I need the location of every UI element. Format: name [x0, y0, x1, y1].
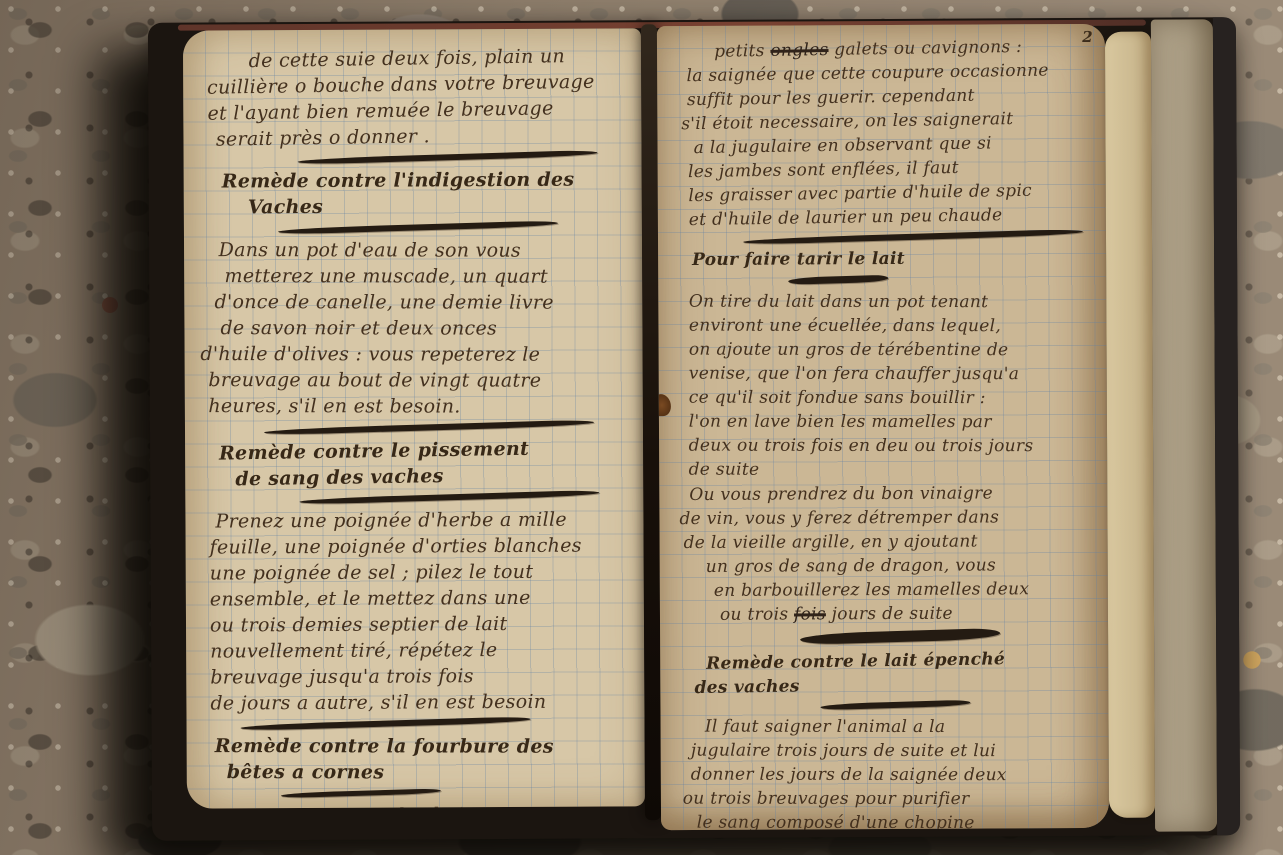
recipe-heading-line: Vaches	[248, 192, 630, 220]
paragraph-indigestion-remedy: Dans un pot d'eau de son vous metterez u…	[208, 237, 630, 420]
manuscript-line: Dans un pot d'eau de son vous	[219, 237, 631, 264]
manuscript-line: metterez une muscade, un quart	[225, 263, 631, 290]
text-segment: petits	[714, 41, 771, 62]
manuscript-line: on ajoute un gros de térébentine de	[689, 338, 1099, 363]
recipe-heading-line: Remède contre l'indigestion des	[222, 166, 630, 194]
manuscript-line: feuille, une poignée d'orties blanches	[210, 532, 632, 560]
recipe-heading-indigestion: Remède contre l'indigestion des Vaches	[208, 166, 630, 220]
ink-flourish	[299, 490, 599, 505]
manuscript-line: Il faut saigner l'animal a la	[705, 715, 1101, 740]
recipe-heading-line: Remède contre la fourbure des	[215, 733, 633, 760]
manuscript-line: ou trois demies septier de lait	[210, 610, 632, 638]
torn-page-edges	[1105, 32, 1155, 818]
inner-cover-strip	[1151, 19, 1217, 831]
recipe-heading-line: de sang des vaches	[235, 460, 631, 492]
text-segment: ou trois	[720, 604, 794, 624]
manuscript-line: ensemble, et le mettez dans une	[210, 584, 632, 612]
recipe-heading-line: Pour faire tarir le lait	[692, 246, 1098, 272]
manuscript-line: jugulaire trois jours de suite et lui	[691, 739, 1101, 764]
right-page: 2 petits ongles galets ou cavignons : la…	[657, 24, 1109, 830]
ink-flourish	[820, 700, 970, 710]
manuscript-line: ce qu'il soit fondue sans bouillir :	[689, 386, 1099, 411]
manuscript-line: venise, que l'on fera chauffer jusqu'a	[689, 362, 1099, 387]
manuscript-line: Prenez une poignée d'herbe a mille	[215, 506, 631, 534]
open-notebook: de cette suie deux fois, plain un cuilli…	[148, 17, 1240, 841]
struck-word: ongles	[770, 40, 828, 61]
struck-word: fois	[794, 604, 826, 624]
back-cover-edge	[1213, 17, 1240, 835]
gravel-ground: de cette suie deux fois, plain un cuilli…	[0, 0, 1283, 855]
manuscript-line: le sang composé d'une chopine	[697, 811, 1101, 831]
ink-flourish	[281, 788, 441, 798]
paragraph-vinaigre-remedy: Ou vous prendrez du bon vinaigre de vin,…	[689, 481, 1100, 627]
ink-stain	[657, 394, 671, 416]
text-segment: jours de suite	[826, 604, 953, 625]
ink-flourish	[264, 419, 594, 435]
manuscript-line: On tire du lait dans un pot tenant	[689, 290, 1099, 315]
ink-flourish	[241, 716, 531, 731]
paragraph-saignee: petits ongles galets ou cavignons : la s…	[686, 34, 1099, 232]
manuscript-line: nouvellement tiré, répétez le	[210, 636, 632, 664]
manuscript-line: breuvage jusqu'a trois fois	[210, 662, 632, 690]
manuscript-line: heures, s'il en est besoin.	[208, 393, 630, 420]
manuscript-line: d'once de canelle, une demie livre	[214, 289, 630, 316]
manuscript-line: ou trois breuvages pour purifier	[683, 787, 1101, 812]
paragraph-dosage: de cette suie deux fois, plain un cuilli…	[206, 42, 630, 153]
left-page: de cette suie deux fois, plain un cuilli…	[183, 28, 645, 808]
manuscript-line: donner les jours de la saignée deux	[691, 763, 1101, 788]
ink-flourish	[298, 150, 598, 165]
manuscript-line: Il faut leur couper les huit	[211, 799, 633, 809]
manuscript-line: de savon noir et deux onces	[220, 315, 630, 342]
manuscript-line: un gros de sang de dragon, vous	[706, 553, 1100, 579]
paragraph-fourbure-remedy: Il faut leur couper les huit	[211, 799, 633, 809]
manuscript-line: de la vieille argille, en y ajoutant	[684, 529, 1100, 555]
ink-flourish	[788, 275, 888, 285]
manuscript-line: l'on en lave bien les mamelles par	[689, 410, 1099, 435]
manuscript-line: d'huile d'olives : vous repeterez le	[200, 341, 630, 368]
recipe-heading-lait-epenche: Remède contre le lait épenché des vaches	[690, 646, 1101, 700]
manuscript-line: de jours a autre, s'il en est besoin	[210, 688, 632, 716]
manuscript-line: breuvage au bout de vingt quatre	[208, 367, 630, 394]
manuscript-line: serait près o donner .	[216, 120, 630, 152]
manuscript-line: environt une écuellée, dans lequel,	[689, 314, 1099, 339]
manuscript-line-with-strikethrough: ou trois fois jours de suite	[720, 601, 1100, 627]
ink-flourish	[800, 628, 1000, 645]
recipe-heading-line: des vaches	[694, 670, 1100, 700]
ink-flourish	[278, 220, 558, 234]
manuscript-line: en barbouillerez les mamelles deux	[714, 577, 1100, 603]
manuscript-line: deux ou trois fois en deu ou trois jours	[689, 434, 1099, 459]
manuscript-line: de suite	[689, 458, 1099, 483]
manuscript-line: et d'huile de laurier un peu chaude	[689, 202, 1099, 232]
manuscript-line: de vin, vous y ferez détremper dans	[679, 505, 1099, 531]
paragraph-pissement-remedy: Prenez une poignée d'herbe a mille feuil…	[209, 506, 632, 716]
paragraph-lait-epenche-remedy: Il faut saigner l'animal a la jugulaire …	[691, 715, 1101, 831]
text-segment: galets ou cavignons :	[828, 37, 1022, 60]
ink-flourish	[743, 229, 1083, 245]
recipe-heading-pissement: Remède contre le pissement de sang des v…	[209, 434, 632, 493]
recipe-heading-tarir-lait: Pour faire tarir le lait	[688, 246, 1098, 272]
recipe-heading-line: bêtes a cornes	[227, 759, 633, 786]
paragraph-tarir-remedy: On tire du lait dans un pot tenant envir…	[689, 290, 1099, 483]
manuscript-line: une poignée de sel ; pilez le tout	[210, 558, 632, 586]
recipe-heading-fourbure: Remède contre la fourbure des bêtes a co…	[211, 733, 633, 786]
manuscript-line: Ou vous prendrez du bon vinaigre	[689, 481, 1099, 507]
